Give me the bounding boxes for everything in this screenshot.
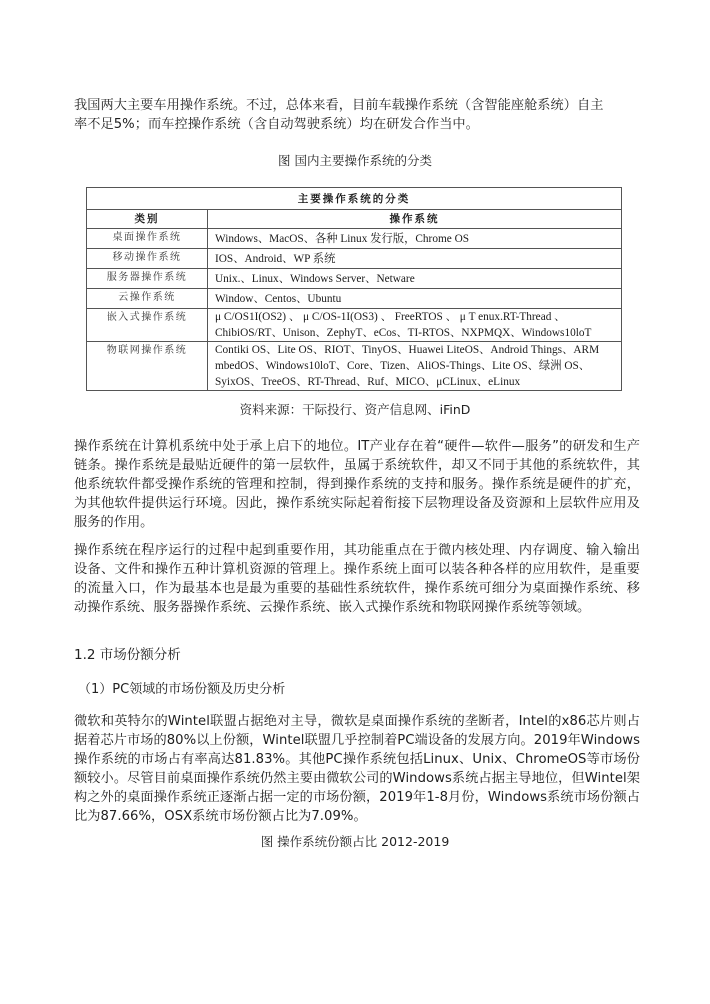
systems-iot-line-1: Contiki OS、Lite OS、RIOT、TinyOS、Huawei Li… <box>215 342 616 358</box>
figure-caption-os-share: 图 操作系统份额占比 2012-2019 <box>0 833 710 851</box>
systems-embedded-line-2: ChibiOS/RT、Unison、ZephyT、eCos、TI-RTOS、NX… <box>215 325 616 341</box>
intro-paragraph: 我国两大主要车用操作系统。不过，总体来看，目前车载操作系统（含智能座舱系统）自主… <box>74 96 640 134</box>
category-iot: 物联网操作系统 <box>87 342 208 391</box>
table-row: 服务器操作系统 Unix.、Linux、Windows Server、Netwa… <box>87 269 622 289</box>
header-category: 类别 <box>87 210 208 229</box>
table-title: 主要操作系统的分类 <box>87 188 622 210</box>
category-server: 服务器操作系统 <box>87 269 208 289</box>
systems-iot-line-3: SyixOS、TreeOS、RT-Thread、Ruf、MICO、μCLinux… <box>215 374 616 390</box>
category-cloud: 云操作系统 <box>87 289 208 309</box>
systems-cloud: Window、Centos、Ubuntu <box>208 289 622 309</box>
table-row: 桌面操作系统 Windows、MacOS、各种 Linux 发行版，Chrome… <box>87 229 622 249</box>
category-embedded: 嵌入式操作系统 <box>87 309 208 342</box>
figure-caption-os-classification: 图 国内主要操作系统的分类 <box>0 152 710 170</box>
paragraph-os-role: 操作系统在计算机系统中处于承上启下的地位。IT产业存在着“硬件—软件—服务”的研… <box>74 437 640 532</box>
paragraph-pc-market: 微软和英特尔的Wintel联盟占据绝对主导，微软是桌面操作系统的垄断者，Inte… <box>74 712 640 826</box>
table-row: 嵌入式操作系统 μ C/OS1I(OS2) 、 μ C/OS-1I(OS3) 、… <box>87 309 622 342</box>
table-row: 移动操作系统 IOS、Android、WP 系统 <box>87 249 622 269</box>
section-heading: 1.2 市场份额分析 <box>74 645 181 665</box>
systems-desktop: Windows、MacOS、各种 Linux 发行版，Chrome OS <box>208 229 622 249</box>
header-os: 操作系统 <box>208 210 622 229</box>
table-row: 云操作系统 Window、Centos、Ubuntu <box>87 289 622 309</box>
figure-source: 资料来源：干际投行、资产信息网、iFinD <box>0 401 710 419</box>
systems-iot-line-2: mbedOS、Windows10loT、Core、Tizen、AliOS-Thi… <box>215 358 616 374</box>
intro-line-1: 我国两大主要车用操作系统。不过，总体来看，目前车载操作系统（含智能座舱系统）自主 <box>74 96 640 115</box>
systems-iot: Contiki OS、Lite OS、RIOT、TinyOS、Huawei Li… <box>208 342 622 391</box>
systems-server: Unix.、Linux、Windows Server、Netware <box>208 269 622 289</box>
intro-line-2: 率不足5%；而车控操作系统（含自动驾驶系统）均在研发合作当中。 <box>74 115 640 134</box>
os-classification-table: 主要操作系统的分类 类别 操作系统 桌面操作系统 Windows、MacOS、各… <box>86 187 622 391</box>
table-row: 物联网操作系统 Contiki OS、Lite OS、RIOT、TinyOS、H… <box>87 342 622 391</box>
systems-embedded-line-1: μ C/OS1I(OS2) 、 μ C/OS-1I(OS3) 、 FreeRTO… <box>215 309 616 325</box>
category-mobile: 移动操作系统 <box>87 249 208 269</box>
systems-embedded: μ C/OS1I(OS2) 、 μ C/OS-1I(OS3) 、 FreeRTO… <box>208 309 622 342</box>
category-desktop: 桌面操作系统 <box>87 229 208 249</box>
paragraph-os-function: 操作系统在程序运行的过程中起到重要作用，其功能重点在于微内核处理、内存调度、输入… <box>74 541 640 617</box>
systems-mobile: IOS、Android、WP 系统 <box>208 249 622 269</box>
subsection-heading: （1）PC领域的市场份额及历史分析 <box>78 680 285 700</box>
